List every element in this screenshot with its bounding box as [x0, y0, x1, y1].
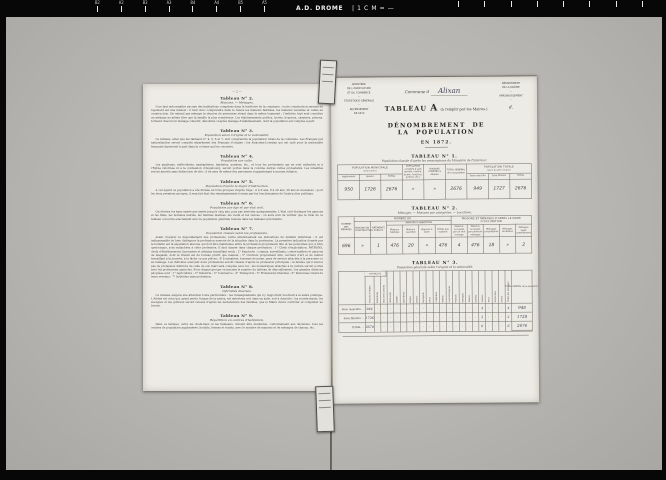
t3-cell-masculin: ·: [486, 304, 492, 313]
ruler-tick-label: B2: [95, 1, 100, 5]
ruler-ticks-left: B2 A2 B3 A3 B4 A4 B5 A5: [95, 1, 267, 12]
t2-value-handwritten: 696: [338, 238, 354, 255]
t3-cell-total: ·: [387, 322, 393, 331]
t3-total-header: TOTAL GÉNÉRAL de la population: [505, 285, 538, 288]
tableau-a-note: (à remplir par les Maires.): [441, 107, 488, 111]
section-title: Tableau N° 8.: [151, 284, 323, 289]
instruction-section: Tableau N° 9. Répartition en centres d'h…: [151, 313, 323, 330]
t3-cell-masculin: ·: [407, 304, 413, 313]
ruler-tick-mark: [97, 6, 98, 12]
t3-cell-total: ·: [460, 322, 466, 331]
ruler-tick: A3: [167, 1, 172, 12]
year-rule: [425, 147, 448, 148]
t3-cell-masculin: ·: [453, 304, 459, 313]
ruler-tick-mark: [240, 6, 241, 12]
section-body: Avant d'opérer le dépouillement des prof…: [151, 236, 323, 279]
ruler-tick: A2: [119, 1, 124, 12]
ruler-tick-mark: [192, 6, 193, 12]
t2-b-proprietaires: Ménages propriétaires: [483, 224, 499, 237]
t3-cell-feminin: ·: [381, 313, 387, 322]
t3-cell-feminin: ·: [420, 313, 426, 322]
t3-column-header: Naturalisés: [376, 292, 379, 303]
t3-cell-masculin: ·: [459, 304, 465, 313]
t2-value-handwritten: 18: [483, 237, 499, 254]
t3-cell-masculin: ·: [387, 304, 393, 313]
t3-cell-total: ·: [374, 323, 380, 332]
t3-cell-masculin: ·: [374, 305, 380, 314]
section-subtitle: Population classée selon les professions…: [151, 231, 323, 235]
t3-column-header: Divers: [500, 296, 503, 302]
t1-value-handwritten: »: [424, 179, 446, 199]
section-subtitle: Population par culte.: [151, 159, 323, 163]
section-title: Tableau N° 7.: [151, 226, 323, 231]
t3-cell-feminin: ·: [387, 313, 393, 322]
section-subtitle: Infirmités diverses.: [151, 289, 323, 293]
t3-cell-masculin: ·: [492, 304, 498, 313]
t2-col-construction: MAISONS EN CONSTRUCTION: [354, 221, 370, 238]
t3-cell-masculin: ·: [499, 304, 505, 313]
t3-cell-total: ·: [407, 322, 413, 331]
t1-value-handwritten: 2676: [510, 179, 532, 199]
instruction-section: Tableau N° 7. Population classée selon l…: [151, 226, 323, 279]
department-handwritten-mark: d.: [491, 104, 531, 112]
instruction-section: Tableau N° 8. Infirmités diverses. Ce ta…: [151, 284, 323, 308]
t1-col-comptee: POPULATION comptée à part (armée, marine…: [402, 164, 424, 179]
t3-cell-total: ·: [420, 322, 426, 331]
tableau-a-letter: A: [430, 102, 437, 113]
t1-subtitle: Population classée d'après les prescript…: [337, 159, 531, 163]
instruction-section: Tableau N° 4. Population par culte. Les …: [151, 153, 323, 174]
spine-clip-bottom: [315, 386, 335, 433]
t1-group-municipale: POPULATION MUNICIPALE (domiciliée): [338, 164, 403, 174]
t3-cell-masculin: ·: [427, 304, 433, 313]
t2-value-handwritten: 476: [387, 238, 403, 255]
section-title: Tableau N° 5.: [151, 179, 323, 184]
t2-hab-habitees: Maisons habitées: [387, 225, 403, 238]
t3-cell-masculin: ·: [440, 304, 446, 313]
section-title: Tableau N° 4.: [151, 153, 323, 158]
t3-cell-total: ·: [427, 322, 433, 331]
t3-cell-total: ·: [414, 322, 420, 331]
t3-cell-total: ·: [381, 322, 387, 331]
t3-cell-feminin: ·: [459, 313, 465, 322]
section-title: Tableau N° 2.: [151, 96, 323, 101]
microfilm-frame: B2 A2 B3 A3 B4 A4 B5 A5: [0, 0, 666, 480]
section-title: Tableau N° 6.: [151, 201, 323, 206]
spine-clip-top: [318, 60, 337, 105]
t3-cell-masculin: ·: [473, 304, 479, 313]
t3-cell-feminin: ·: [486, 313, 492, 322]
t2-value-handwritten: 476: [435, 237, 451, 254]
ruler-tick: B2: [95, 1, 100, 12]
t2-b-gratuit: Ménages logés gratuitement: [516, 224, 532, 237]
t1-col-total-general: TOTAL GÉNÉRAL de la population: [445, 164, 467, 179]
section-body: Il ne faut méconnaître aucune des habita…: [151, 106, 323, 124]
t3-cell-total: ·: [492, 322, 498, 331]
commune-line: Commune dAlixan: [381, 87, 491, 96]
t3-table: FRANÇAIS Sexe masculin . . Sexe féminin …: [338, 270, 532, 333]
t3-column-header: Espagnols: [422, 293, 425, 303]
tableau-a-page: MINISTÈREDE L'AGRICULTUREET DU COMMERCE—…: [330, 75, 539, 403]
t3-label-feminin: Sexe féminin . .: [339, 314, 365, 323]
t3-nationality-columns: Français d'origine 944 1726 2670 Natural…: [365, 271, 511, 333]
ruler-tick: B3: [143, 1, 148, 12]
t3-column-header: Polonais: [455, 294, 458, 302]
ruler-tick: B4: [191, 1, 196, 12]
t3-cell-total: ·: [466, 322, 472, 331]
t3-cell-feminin: ·: [473, 313, 479, 322]
t2-b-plusieurs: Maisons occupées par plusieurs ménages: [467, 225, 483, 238]
t3-column-header: Belges: [409, 296, 412, 303]
commune-label: Commune d: [405, 90, 429, 95]
ministry-block: MINISTÈREDE L'AGRICULTUREET DU COMMERCE—…: [337, 82, 381, 115]
t2-value-handwritten: »: [499, 237, 515, 254]
main-title: DÉNOMBREMENT DE LA POPULATION: [381, 121, 491, 136]
t2-table: NOMBRE DES MÉNAGES NOMBRE DE MAISONS ET …: [338, 215, 532, 255]
section-body: Les anglicans, méthodistes, anabaptistes…: [151, 163, 323, 174]
t3-cell-feminin: ·: [446, 313, 452, 322]
t3-cell-total: ·: [433, 322, 439, 331]
film-right-edge: [662, 0, 666, 480]
t3-cell-feminin: ·: [414, 313, 420, 322]
section-subtitle: Population d'après le degré d'instructio…: [151, 184, 323, 188]
t3-cell-total: ·: [453, 322, 459, 331]
t3-row-labels: Sexe masculin . . Sexe féminin . . TOTAL…: [339, 272, 366, 333]
t3-column-header: Français d'origine: [368, 285, 371, 303]
t1-value-handwritten: »: [402, 180, 424, 200]
t3-cell-total: ·: [499, 322, 505, 331]
t2-b-seul: Maisons occupées par un seul ménage: [451, 225, 467, 238]
t2-value-handwritten: »: [354, 238, 370, 255]
t3-total-feminin: 1728: [512, 312, 532, 321]
t3-cell-masculin: ·: [420, 304, 426, 313]
t3-cell-feminin: ·: [427, 313, 433, 322]
ruler-tick-label: B4: [191, 1, 196, 5]
ruler-tick-mark: [121, 6, 122, 12]
t2-hab-total: TOTAL des maisons: [435, 225, 451, 238]
ruler-tick-label: A3: [167, 1, 172, 5]
t3-column-header: Américains: [494, 291, 497, 302]
section-subtitle: Maisons. — Ménages.: [151, 101, 323, 105]
bottom-rule: [343, 335, 529, 337]
t3-cell-masculin: ·: [466, 304, 472, 313]
t3-cell-total: ·: [401, 322, 407, 331]
t3-group-francais: FRANÇAIS: [365, 271, 387, 276]
t2-value-handwritten: »: [419, 237, 435, 254]
t3-column-header: Turcs: [487, 297, 490, 302]
t3-cell-masculin: ·: [381, 304, 387, 313]
t1-value-handwritten: 949: [467, 179, 489, 199]
section-body: Ce tableau, ainsi que les tableaux n° 4,…: [151, 138, 323, 149]
t3-cell-masculin: 4: [479, 304, 485, 313]
t3-column-header: Suisses: [481, 295, 484, 302]
ruler-tick-label: A4: [214, 1, 219, 5]
t1-value-handwritten: 950: [338, 180, 360, 200]
section-body: Ce tableau exigera une attention toute p…: [151, 294, 323, 308]
instructions-page: — 2 — Tableau N° 2. Maisons. — Ménages. …: [143, 84, 332, 391]
t3-column-header: Autrichiens: [402, 292, 405, 303]
section-body: On décrira les âges année par année jusq…: [151, 211, 323, 222]
ruler-tick-mark: [145, 6, 146, 12]
t1-col-doubles: DOUBLES COMPTES à déduire: [424, 164, 446, 179]
department-block: DÉPARTEMENTDE LA DRÔME—ARRONDISSEMENT— d…: [491, 81, 531, 111]
t3-cell-feminin: ·: [401, 313, 407, 322]
t3-cell-total: ·: [486, 322, 492, 331]
t3-total-column: TOTAL GÉNÉRAL de la population 948 1728 …: [511, 270, 532, 331]
scale-label: | 1 C M = —: [352, 5, 394, 12]
t3-cell-feminin: ·: [374, 314, 380, 323]
archive-label: A.D. DROME: [296, 5, 343, 12]
instruction-section: Tableau N° 5. Population d'après le degr…: [151, 179, 323, 196]
t2-value-handwritten: 4: [451, 237, 467, 254]
section-body: Dans ce tableau, outre les chefs-lieux e…: [151, 323, 323, 330]
t3-cell-total: ·: [473, 322, 479, 331]
t1-group-totale: POPULATION TOTALE (sans double emploi): [467, 164, 532, 174]
year-line: EN 1872.: [381, 140, 491, 146]
t2-value-handwritten: 476: [467, 237, 483, 254]
t3-cell-total: ·: [440, 322, 446, 331]
t3-cell-total: ·: [394, 322, 400, 331]
t3-cell-masculin: 944: [365, 305, 373, 314]
t3-cell-feminin: ·: [440, 313, 446, 322]
t2-value-handwritten: 1: [370, 238, 386, 255]
section-subtitle: Population selon l'origine et la nationa…: [151, 134, 323, 138]
ruler-tick-label: A2: [119, 1, 124, 5]
t2-col-menages: NOMBRE DES MÉNAGES: [338, 217, 354, 238]
t3-total-general: 2676: [512, 321, 532, 330]
t3-cell-masculin: ·: [446, 304, 452, 313]
t2-hab-vacantes: Maisons vacantes: [403, 225, 419, 238]
t3-cell-total: ·: [446, 322, 452, 331]
ruler-tick: A4: [214, 1, 219, 12]
t3-column-header: Suédois: [474, 294, 477, 302]
film-bottom-bar: [0, 470, 666, 480]
t1-value-handwritten: 2676: [445, 179, 467, 199]
t3-cell-masculin: ·: [400, 304, 406, 313]
ministry-line: DE 1872: [337, 111, 381, 115]
t1-value-handwritten: 1727: [488, 179, 510, 199]
t3-column-header: Alsaciens-Lorrains: [382, 285, 385, 303]
t3-cell-feminin: ·: [433, 313, 439, 322]
t2-subtitle: Ménages. — Maisons par catégories. — Loc…: [338, 211, 532, 215]
t3-column-header: Italiens: [441, 295, 444, 302]
t1-table: POPULATION MUNICIPALE (domiciliée) POPUL…: [337, 163, 531, 200]
t3-column-header: Luxembourgeois: [448, 286, 451, 303]
t3-nationality-column: Français d'origine 944 1726 2670: [365, 272, 374, 333]
ruler-ticks-right: [458, 1, 643, 7]
film-left-edge: [0, 0, 6, 480]
ruler-tick-label: B5: [238, 1, 243, 5]
ruler-tick-label: B3: [143, 1, 148, 5]
t3-cell-total: 6: [479, 322, 485, 331]
t3-label-total: TOTAL . .: [339, 323, 365, 332]
instruction-section: Tableau N° 6. Population par âge et par …: [151, 201, 323, 222]
t3-cell-feminin: ·: [499, 313, 505, 322]
film-top-bar: B2 A2 B3 A3 B4 A4 B5 A5: [0, 0, 666, 17]
ruler-tick: B5: [238, 1, 243, 12]
t3-cell-feminin: ·: [453, 313, 459, 322]
page-number: — 2 —: [151, 90, 323, 94]
section-title: Tableau N° 9.: [151, 313, 323, 318]
t3-column-header: Russes: [468, 295, 471, 302]
t3-column-header: Danois: [415, 296, 418, 303]
t3-cell-feminin: 1726: [366, 314, 374, 323]
section-title: Tableau N° 3.: [151, 128, 323, 133]
section-body: À cet égard, la population a été divisée…: [151, 189, 323, 196]
t2-col-publics: BÂTIMENTS PUBLICS: [370, 221, 386, 238]
t3-cell-feminin: ·: [466, 313, 472, 322]
t2-value-handwritten: 20: [403, 237, 419, 254]
section-subtitle: Population par âge et par état civil.: [151, 206, 323, 210]
t3-cell-feminin: ·: [492, 313, 498, 322]
instruction-sections: Tableau N° 2. Maisons. — Ménages. Il ne …: [151, 96, 323, 330]
t3-cell-feminin: ·: [394, 313, 400, 322]
t3-column-header: Portugais: [461, 293, 464, 302]
ruler-tick-label: A5: [262, 1, 267, 5]
tableau-a-title: TABLEAU A (à remplir par les Maires.): [381, 102, 491, 113]
t3-cell-feminin: ·: [407, 313, 413, 322]
commune-name-handwritten: Alixan: [431, 87, 467, 96]
ruler-tick-mark: [169, 6, 170, 12]
t2-value-handwritten: 2: [516, 237, 532, 254]
section-subtitle: Répartition en centres d'habitation.: [151, 318, 323, 322]
t1-value-handwritten: 1726: [359, 180, 381, 200]
instruction-section: Tableau N° 2. Maisons. — Ménages. Il ne …: [151, 96, 323, 124]
t3-column-header: Allemands: [389, 292, 392, 302]
department-line: —: [491, 98, 531, 102]
t3-label-masculin: Sexe masculin . .: [339, 305, 365, 314]
t3-column-header: Grecs: [428, 297, 431, 303]
ruler-tick-mark: [216, 6, 217, 12]
t3-cell-masculin: ·: [394, 304, 400, 313]
ruler-tick: A5: [262, 1, 267, 12]
t2-b-locataires: Ménages locataires: [499, 224, 515, 237]
t3-cell-masculin: ·: [433, 304, 439, 313]
t1-value-handwritten: 2676: [381, 180, 403, 200]
t3-cell-total: 2670: [366, 323, 374, 332]
t2-hab-louer: Maisons à louer: [419, 225, 435, 238]
t3-column-header: TOTAL des étrangers: [507, 281, 510, 302]
t3-column-header: Hollandais: [435, 292, 438, 302]
t3-cell-masculin: ·: [414, 304, 420, 313]
ruler-tick-mark: [264, 6, 265, 12]
t3-column-header: Anglais: [396, 296, 399, 303]
instruction-section: Tableau N° 3. Population selon l'origine…: [151, 128, 323, 149]
t3-total-masculin: 948: [512, 303, 532, 312]
t3-cell-feminin: 2: [479, 313, 485, 322]
